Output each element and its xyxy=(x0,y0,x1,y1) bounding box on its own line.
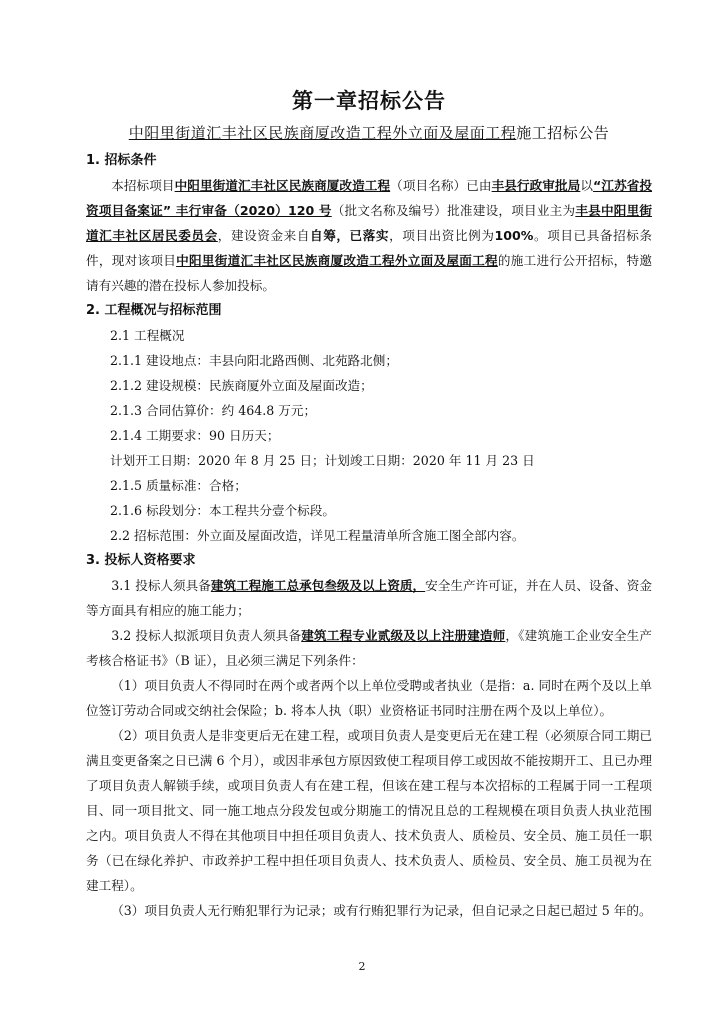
condition-3: （3）项目负责人无行贿犯罪行为记录；或有行贿犯罪行为记录，但自记录之日起已超过 … xyxy=(86,898,652,923)
text-run: ，项目出资比例为 xyxy=(389,228,494,243)
text-run: （项目名称）已由 xyxy=(390,178,491,193)
overview-item-scale: 2.1.2 建设规模：民族商厦外立面及屋面改造； xyxy=(86,373,652,398)
tender-conditions-paragraph: 本招标项目中阳里街道汇丰社区民族商厦改造工程（项目名称）已由丰县行政审批局以“江… xyxy=(86,173,652,298)
condition-2: （2）项目负责人是非变更后无在建工程，或项目负责人是变更后无在建工程（必须原合同… xyxy=(86,723,652,898)
tender-project-name: 中阳里街道汇丰社区民族商厦改造工程外立面及屋面工程 xyxy=(176,253,498,268)
page-number: 2 xyxy=(0,960,724,974)
text-run: ，建设资金来自 xyxy=(218,228,310,243)
text-run: （批文名称及编号）批准建设，项目业主为 xyxy=(332,203,576,218)
text-run: 3.1 投标人须具备 xyxy=(111,578,211,593)
overview-item-location: 2.1.1 建设地点：丰县向阳北路西侧、北苑路北侧； xyxy=(86,348,652,373)
notice-subtitle: 中阳里街道汇丰社区民族商厦改造工程外立面及屋面工程施工招标公告 xyxy=(86,122,652,144)
company-qualification: 建筑工程施工总承包叁级及以上资质， xyxy=(211,578,425,593)
document-page: 第一章招标公告 中阳里街道汇丰社区民族商厦改造工程外立面及屋面工程施工招标公告 … xyxy=(86,88,652,923)
section-heading-project-overview: 2. 工程概况与招标范围 xyxy=(86,298,652,323)
text-run: 本招标项目 xyxy=(111,178,174,193)
overview-item-quality: 2.1.5 质量标准：合格； xyxy=(86,473,652,498)
overview-item-schedule: 计划开工日期：2020 年 8 月 25 日；计划竣工日期：2020 年 11 … xyxy=(86,448,652,473)
subtitle-project-name: 中阳里街道汇丰社区民族商厦改造工程外立面及屋面工程 xyxy=(129,124,517,142)
overview-item: 2.1 工程概况 xyxy=(86,323,652,348)
text-run: 3.2 投标人拟派项目负责人须具备 xyxy=(111,628,301,643)
funding-source: 自筹，已落实 xyxy=(310,228,389,243)
manager-qualification: 建筑工程专业贰级及以上注册建造师 xyxy=(301,628,505,643)
subtitle-suffix: 施工招标公告 xyxy=(516,124,609,142)
qualification-3-1: 3.1 投标人须具备建筑工程施工总承包叁级及以上资质，安全生产许可证，并在人员、… xyxy=(86,573,652,623)
section-heading-tender-conditions: 1. 招标条件 xyxy=(86,148,652,173)
project-name: 中阳里街道汇丰社区民族商厦改造工程 xyxy=(175,178,391,193)
overview-item-duration: 2.1.4 工期要求：90 日历天； xyxy=(86,423,652,448)
overview-item-scope: 2.2 招标范围：外立面及屋面改造，详见工程量清单所含施工图全部内容。 xyxy=(86,523,652,548)
section-heading-bidder-qualifications: 3. 投标人资格要求 xyxy=(86,548,652,573)
overview-item-contract-price: 2.1.3 合同估算价：约 464.8 万元； xyxy=(86,398,652,423)
chapter-title: 第一章招标公告 xyxy=(86,88,652,114)
condition-1: （1）项目负责人不得同时在两个或者两个以上单位受聘或者执业（是指：a. 同时在两… xyxy=(86,673,652,723)
text-run: 以 xyxy=(580,178,593,193)
qualification-3-2: 3.2 投标人拟派项目负责人须具备建筑工程专业贰级及以上注册建造师，《建筑施工企… xyxy=(86,623,652,673)
funding-ratio: 100% xyxy=(495,228,534,243)
overview-item-lots: 2.1.6 标段划分：本工程共分壹个标段。 xyxy=(86,498,652,523)
approval-authority: 丰县行政审批局 xyxy=(492,178,581,193)
